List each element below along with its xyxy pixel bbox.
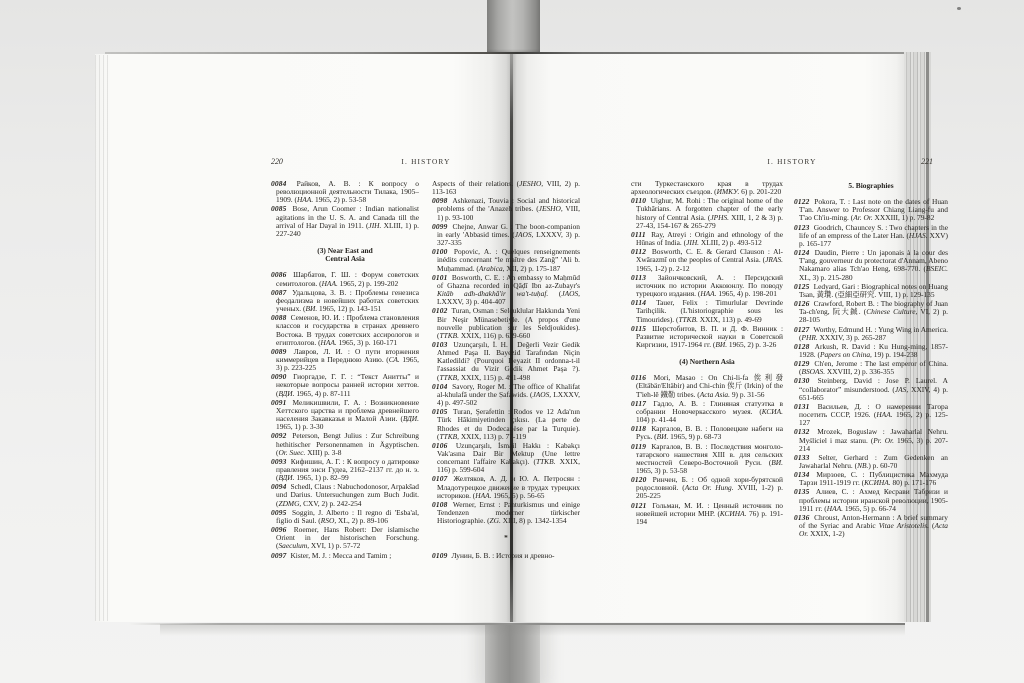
entry-number: 0101 [432, 273, 450, 282]
entry-number: 0106 [432, 441, 450, 450]
photo-of-open-book: 220 I. HISTORY 0084 Райков, А. В. : К во… [0, 0, 1024, 683]
bib-entry-0110: 0110 Uighur, M. Rohi : The original home… [631, 197, 783, 230]
entry-number: 0115 [631, 324, 648, 333]
bib-entry-0136: 0136 Chroust, Anton-Hermann : A brief su… [794, 514, 948, 538]
left-page-header: 220 I. HISTORY [271, 158, 581, 180]
bib-entry-0119: 0119 Каргалов, В. В. : Последствия монго… [631, 443, 783, 476]
entry-number: 0096 [271, 525, 289, 534]
bib-entry-0114: 0114 Tauer, Felix : Timurlular Devrinde … [631, 299, 783, 323]
bib-entry-0125: 0125 Ledyard, Gari : Biographical notes … [794, 283, 948, 299]
bib-entry-0117: 0117 Гадло, А. В. : Глиняная статуэтка в… [631, 400, 783, 424]
bib-entry-0097: 0097 Kister, M. J. : Mecca and Tamim ; [271, 552, 419, 560]
page-number-right: 221 [921, 158, 933, 166]
bib-entry-0127: 0127 Worthy, Edmund H. : Yung Wing in Am… [794, 326, 948, 342]
section-separator: * [432, 534, 580, 542]
bib-entry-0103: 0103 Uzunçarşılı, İ. H. : Değerli Vezir … [432, 341, 580, 382]
entry-number: 0094 [271, 482, 289, 491]
bib-entry-0105: 0105 Turan, Şerafettin : Rodos ve 12 Ada… [432, 408, 580, 441]
bib-entry-0116: 0116 Mori, Masao : On Chi-li-fa 俟利發 (Elt… [631, 374, 783, 398]
bib-entry-0124: 0124 Daudin, Pierre : Un japonais à la c… [794, 249, 948, 282]
entry-number: 0100 [432, 247, 450, 256]
entry-number: 0085 [271, 204, 289, 213]
entry-number: 0116 [631, 373, 648, 382]
bib-entry-0106: 0106 Uzunçarşılı, İsmail Hakkı : Kabakçı… [432, 442, 580, 475]
bib-entry-0134: 0134 Мирзоев, С. : Публицистика Махмуда … [794, 471, 948, 487]
bib-entry-0123: 0123 Goodrich, Chauncey S. : Two chapter… [794, 224, 948, 248]
bib-entry-0132: 0132 Mrozek, Boguslaw : Jawaharlal Nehru… [794, 428, 948, 452]
entry-number: 0126 [794, 299, 812, 308]
right-page-columns: сти Туркестанского края в трудах археоло… [631, 180, 953, 539]
entry-number: 0135 [794, 487, 812, 496]
bib-entry-0100: 0100 Popovic, A. : Quelques renseignemen… [432, 248, 580, 272]
section-heading: 5. Biographies [794, 182, 948, 190]
entry-number: 0104 [432, 382, 450, 391]
bib-entry-0102: 0102 Turan, Osman : Selçuklular Hakkında… [432, 307, 580, 340]
left-page-column-1: 0084 Райков, А. В. : К вопросу о революц… [271, 180, 419, 561]
entry-number: 0089 [271, 347, 289, 356]
bib-entry-0133: 0133 Selter, Gerhard : Zum Gedenken an J… [794, 454, 948, 470]
bib-entry-0115: 0115 Шерстобитов, В. П. и Д. Ф. Винник :… [631, 325, 783, 349]
entry-number: 0095 [271, 508, 289, 517]
entry-number: 0113 [631, 273, 648, 282]
bib-entry-0107: 0107 Желтяков, А. Д. и Ю. А. Петросян : … [432, 475, 580, 499]
bib-entry-0126: 0126 Crawford, Robert B. : The biography… [794, 300, 948, 324]
entry-number: 0118 [631, 424, 648, 433]
bib-entry-0084: 0084 Райков, А. В. : К вопросу о революц… [271, 180, 419, 204]
bib-entry-0108: 0108 Werner, Ernst : Panturkismus und ei… [432, 501, 580, 525]
bib-entry-0095: 0095 Soggin, J. Alberto : Il regno di 'E… [271, 509, 419, 525]
entry-number: 0112 [631, 247, 648, 256]
bib-entry-0113: 0113 Зайончковский, А. : Персидский исто… [631, 274, 783, 298]
section-heading: (3) Near East andCentral Asia [271, 247, 419, 263]
bib-entry-0093: 0093 Кифишин, А. Г. : К вопросу о датиро… [271, 458, 419, 482]
entry-number: 0132 [794, 427, 812, 436]
left-page-content: 220 I. HISTORY 0084 Райков, А. В. : К во… [271, 158, 581, 561]
bib-entry-0130: 0130 Steinberg, David : Jose P. Laurel. … [794, 377, 948, 401]
entry-number: 0136 [794, 513, 812, 522]
bib-entry-0104: 0104 Savory, Roger M. : The office of Kh… [432, 383, 580, 407]
entry-number: 0091 [271, 398, 289, 407]
entry-number: 0119 [631, 442, 648, 451]
entry-number: 0088 [271, 313, 289, 322]
running-head-right: I. HISTORY [631, 158, 953, 166]
bib-entry-0094: 0094 Schedl, Claus : Nabuchodonosor, Arp… [271, 483, 419, 507]
left-page-columns: 0084 Райков, А. В. : К вопросу о революц… [271, 180, 581, 561]
entry-number: 0123 [794, 223, 812, 232]
entry-number: 0133 [794, 453, 812, 462]
bib-entry-0085: 0085 Bose, Arun Coomer : Indian national… [271, 205, 419, 238]
bib-entry-continuation: сти Туркестанского края в трудах археоло… [631, 180, 783, 196]
right-page-column-2: 5. Biographies0122 Pokora, T. : Last not… [794, 180, 948, 539]
right-page-content: I. HISTORY 221 сти Туркестанского края в… [631, 158, 953, 539]
entry-number: 0090 [271, 372, 289, 381]
right-page-column-1: сти Туркестанского края в трудах археоло… [631, 180, 783, 527]
entry-number: 0110 [631, 196, 648, 205]
bib-entry-0122: 0122 Pokora, T. : Last note on the dates… [794, 198, 948, 222]
bib-entry-0091: 0091 Меликишвили, Г. А. : Возникновение … [271, 399, 419, 432]
bib-entry-0088: 0088 Семенов, Ю. И. : Проблема становлен… [271, 314, 419, 347]
bib-entry-0101: 0101 Bosworth, C. E. : An embassy to Maḥ… [432, 274, 580, 307]
bib-entry-0086: 0086 Шарбатов, Г. Ш. : Форум советских с… [271, 271, 419, 287]
bib-entry-0098: 0098 Ashkenazi, Touvia : Social and hist… [432, 197, 580, 221]
entry-number: 0097 [271, 551, 289, 560]
bib-entry-0099: 0099 Chejne, Anwar G. : The boon-compani… [432, 223, 580, 247]
bib-entry-0135: 0135 Алиев, С. : Ахмед Кесрави Табризи и… [794, 488, 948, 512]
entry-number: 0108 [432, 500, 450, 509]
entry-number: 0109 [432, 551, 450, 560]
section-heading: (4) Northern Asia [631, 358, 783, 366]
bib-entry-0118: 0118 Каргалов, В. В. : Половецкие набеги… [631, 425, 783, 441]
bib-entry-0112: 0112 Bosworth, C. E. & Gerard Clauson : … [631, 248, 783, 272]
bib-entry-0131: 0131 Васильев, Д. : О намерении Тагора п… [794, 403, 948, 427]
entry-number: 0131 [794, 402, 812, 411]
entry-number: 0121 [631, 501, 649, 510]
bib-entry-0121: 0121 Гольман, М. И. : Ценный источник по… [631, 502, 783, 526]
bib-entry-0090: 0090 Гиоргадзе, Г. Г. : “Текст Анитты” и… [271, 373, 419, 397]
entry-number: 0122 [794, 197, 812, 206]
entry-number: 0099 [432, 222, 450, 231]
right-page-header: I. HISTORY 221 [631, 158, 953, 180]
entry-number: 0102 [432, 306, 450, 315]
entry-number: 0125 [794, 282, 812, 291]
open-book: 220 I. HISTORY 0084 Райков, А. В. : К во… [93, 52, 931, 624]
entry-number: 0105 [432, 407, 450, 416]
entry-number: 0093 [271, 457, 289, 466]
left-page-column-2: Aspects of their relations. (JESHO, VIII… [432, 180, 580, 561]
bib-entry-continuation: Aspects of their relations. (JESHO, VIII… [432, 180, 580, 196]
bib-entry-0092: 0092 Peterson, Bengt Julius : Zur Schrei… [271, 432, 419, 456]
entry-number: 0087 [271, 288, 289, 297]
running-head-left: I. HISTORY [271, 158, 581, 166]
entry-number: 0124 [794, 248, 812, 257]
entry-number: 0084 [271, 179, 289, 188]
bib-entry-0087: 0087 Удальцова, З. В. : Проблемы генезис… [271, 289, 419, 313]
book-bottom-shadow [160, 624, 905, 636]
bib-entry-0129: 0129 Ch'en, Jerome : The last emperor of… [794, 360, 948, 376]
left-page-edges [95, 55, 109, 621]
entry-number: 0120 [631, 475, 649, 484]
entry-number: 0092 [271, 431, 289, 440]
entry-number: 0134 [794, 470, 812, 479]
entry-number: 0114 [631, 298, 648, 307]
entry-number: 0111 [631, 230, 648, 239]
entry-number: 0117 [631, 399, 648, 408]
entry-number: 0130 [794, 376, 812, 385]
bib-entry-0120: 0120 Ринчен, Б. : Об одной хори-бурятско… [631, 476, 783, 500]
dust-speck [957, 7, 961, 10]
bib-entry-0089: 0089 Лавров, Л. И. : О пути вторжения ки… [271, 348, 419, 372]
bib-entry-0128: 0128 Arkush, R. David : Ku Hung-ming, 18… [794, 343, 948, 359]
book-headband-spine [487, 0, 540, 56]
bib-entry-0111: 0111 Ray, Atreyi : Origin and ethnology … [631, 231, 783, 247]
bib-entry-0109: 0109 Лунин, Б. В. : История и древно- [432, 552, 580, 560]
entry-number: 0098 [432, 196, 450, 205]
bib-entry-0096: 0096 Roemer, Hans Robert: Der islamische… [271, 526, 419, 550]
entry-number: 0128 [794, 342, 812, 351]
entry-number: 0086 [271, 270, 289, 279]
entry-number: 0107 [432, 474, 450, 483]
entry-number: 0103 [432, 340, 450, 349]
